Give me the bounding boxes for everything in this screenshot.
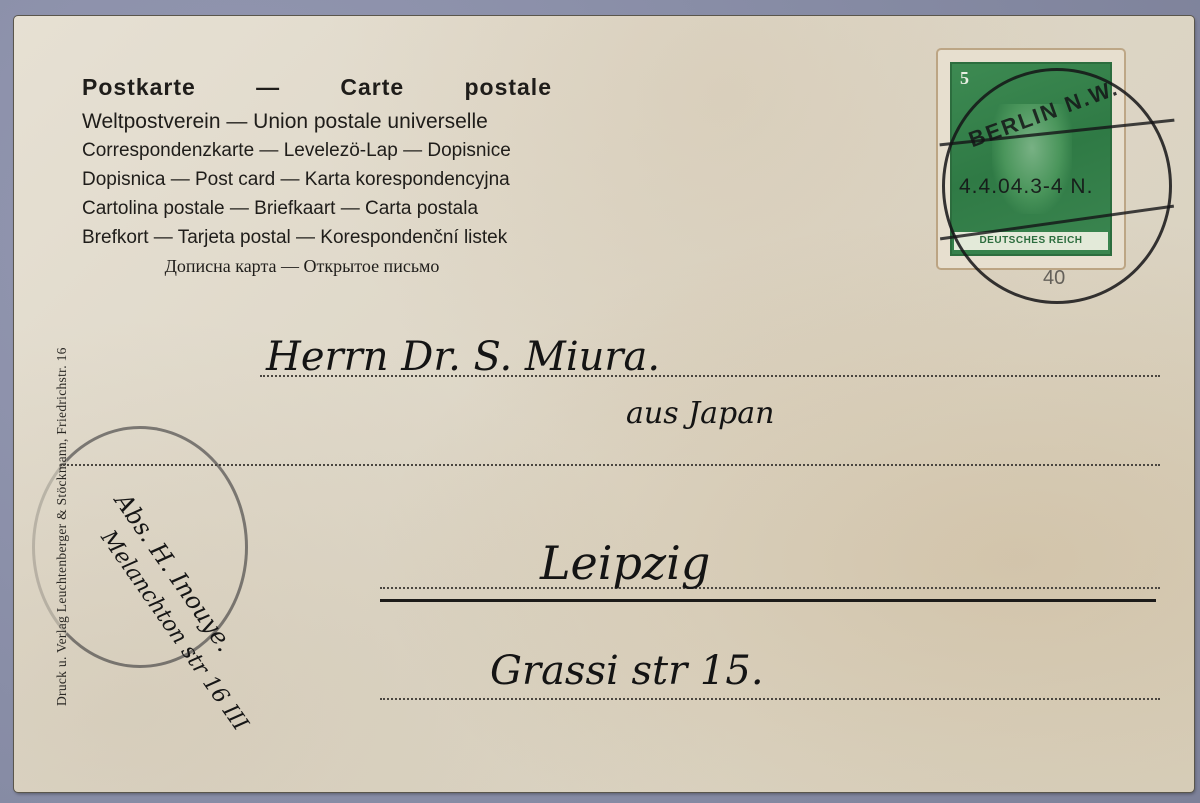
header-line: Weltpostverein — Union postale universel… bbox=[82, 107, 552, 136]
postmark-band bbox=[940, 205, 1174, 241]
postmark-number: 40 bbox=[1043, 267, 1065, 290]
header-line: Dopisnica — Post card — Karta koresponde… bbox=[82, 165, 552, 194]
header-line: Correspondenzkarte — Levelezö-Lap — Dopi… bbox=[82, 136, 552, 165]
address-line bbox=[380, 587, 1160, 589]
postcard-title: Postkarte — Carte postale bbox=[82, 74, 552, 101]
stamp-value: 5 bbox=[960, 68, 969, 89]
destination-city: Leipzig bbox=[540, 536, 710, 590]
postcard: Postkarte — Carte postale Weltpostverein… bbox=[14, 16, 1194, 792]
postmark-date: 4.4.04.3-4 N. bbox=[959, 175, 1093, 199]
recipient-origin: aus Japan bbox=[626, 396, 774, 431]
cancellation-postmark: BERLIN N.W. 4.4.04.3-4 N. 40 bbox=[942, 68, 1172, 304]
destination-underline bbox=[380, 599, 1156, 602]
destination-street: Grassi str 15. bbox=[490, 648, 764, 694]
address-line bbox=[380, 698, 1160, 700]
header-line: Cartolina postale — Briefkaart — Carta p… bbox=[82, 194, 552, 223]
printed-header: Postkarte — Carte postale Weltpostverein… bbox=[82, 74, 552, 281]
header-line: Brefkort — Tarjeta postal — Korespondenč… bbox=[82, 223, 552, 252]
recipient-name: Herrn Dr. S. Miura. bbox=[266, 334, 660, 380]
address-line bbox=[60, 464, 1160, 466]
header-line-cyrillic: Дописна карта — Открытое письмо bbox=[82, 252, 552, 281]
